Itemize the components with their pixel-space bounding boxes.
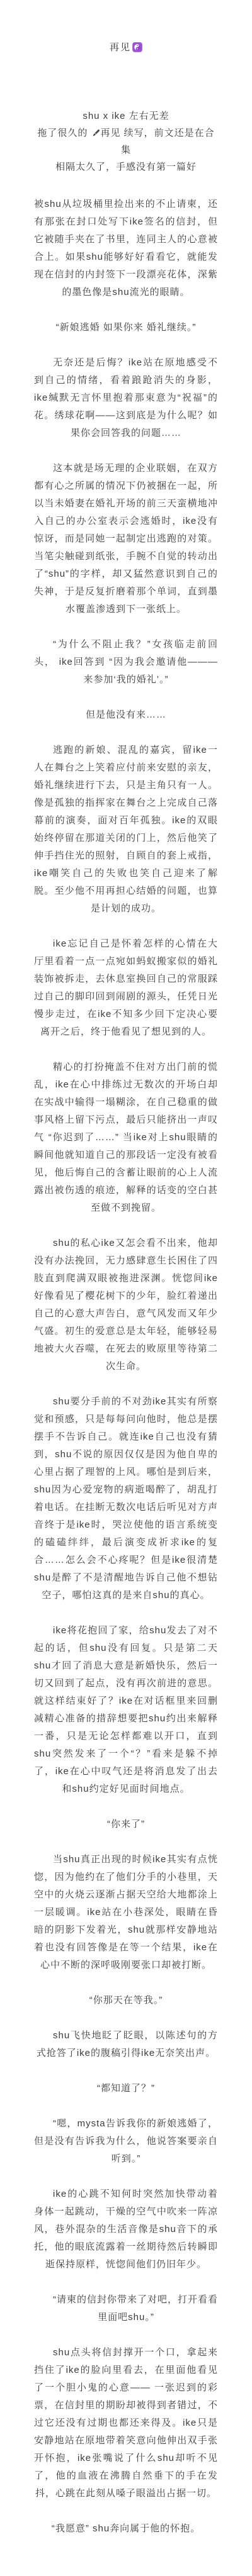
story-paragraph: ike将花抱回了家，给shu发去了对不起的话，但shu没有回复。只是第二天shu…	[34, 1622, 218, 1798]
story-paragraph: 精心的打扮掩盖不住对方出门前的慌乱，ike在心中排练过无数次的开场白却在实战中输…	[34, 1058, 218, 1217]
story-paragraph: “为什么不阻止我？”女孩临走前回头， ike回答到 “因为我会邀请他———来参加…	[34, 636, 218, 689]
pen-icon	[91, 128, 101, 138]
story-page: 再见 shu x ike 左右无差 拖了很久的 再见 续写，前文还是在合集 相隔…	[34, 0, 218, 2538]
dialogue-line: “你那天在等我。”	[34, 1992, 218, 2009]
story-paragraph: 逃跑的新娘、混乱的嘉宾，留ike一人在舞台之上笑着应付前来安慰的亲友，婚礼继续进…	[34, 741, 218, 918]
dialogue-line: “我愿意” shu奔向属于他的怀抱。	[34, 2520, 218, 2538]
story-paragraph: 这本就是场无理的企业联姻，在双方都有心之所属的情况下仍被捆在一起，所以当未婚妻在…	[34, 460, 218, 618]
dialogue-line: “新娘逃婚 如果你来 婚礼继续。”	[34, 319, 218, 336]
dialogue-line: 但是他没有来……	[34, 706, 218, 724]
story-paragraph: shu飞快地眨了眨眼，以陈述句的方式抢答了ike的腹稿引得ike无奈笑出声。	[34, 2027, 218, 2062]
story-paragraph: shu的私心ike又怎会看不出来，他却没有办法挽回，无力感肆意生长困住了四肢直到…	[34, 1235, 218, 1375]
story-paragraph: shu点头将信封撑开一个口，拿起来挡住了ike的脸向里看去，在里面他看见了一个胆…	[34, 2344, 218, 2502]
story-body: 被shu从垃圾桶里捡出来的不止请柬，还有那张在封口处写下ike签名的信封，但它被…	[34, 196, 218, 2538]
long-text-screenshot: { "colors": { "background": "#ffffff", "…	[0, 0, 252, 2576]
dialogue-line: “你来了”	[34, 1816, 218, 1833]
story-paragraph: ike的心跳不知何时突然加快带动着身体一起跳动，干燥的空气中吹来一阵凉风，巷外混…	[34, 2185, 218, 2273]
author-note: shu x ike 左右无差 拖了很久的 再见 续写，前文还是在合集 相隔太久了…	[34, 108, 218, 175]
story-paragraph: “请柬的信封你带来了对吧，打开看看里面吧shu。”	[34, 2291, 218, 2326]
note-line-sequel: 拖了很久的 再见 续写，前文还是在合集	[34, 125, 218, 158]
story-paragraph: 无奈还是后悔？ike站在原地感受不到自己的情绪，看着踉跄消失的身影，ike缄默无…	[34, 354, 218, 442]
pairing-line: shu x ike 左右无差	[34, 108, 218, 125]
story-paragraph: 被shu从垃圾桶里捡出来的不止请柬，还有那张在封口处写下ike签名的信封，但它被…	[34, 196, 218, 301]
title-text: 再见	[110, 42, 131, 53]
note-line-after-pen: 再见 续写，前文还是在合集	[101, 128, 215, 155]
story-paragraph: “嗯，mysta告诉我你的新娘逃婚了，但是没有告诉我为什么，他说答案要亲自听到。…	[34, 2115, 218, 2168]
note-line-apology: 相隔太久了，手感没有第一篇好	[34, 158, 218, 175]
story-paragraph: 当shu真正出现的时候ike其实有点恍惚，因为他约在了他们分手的小巷里，天空中的…	[34, 1851, 218, 1974]
dialogue-line: “都知道了？”	[34, 2080, 218, 2097]
story-paragraph: shu要分手前的不对劲ike其实有所察觉和预感，只是每每问向他时，他总是摆摆手不…	[34, 1393, 218, 1604]
note-line-before-pen: 拖了很久的	[37, 128, 91, 138]
story-paragraph: ike忘记自己是怀着怎样的心情在大厅里看着一点一点宛如蚂蚁搬家似的婚礼装饰被拆走…	[34, 935, 218, 1041]
page-title: 再见	[34, 40, 218, 53]
yin-yang-icon	[132, 42, 142, 52]
